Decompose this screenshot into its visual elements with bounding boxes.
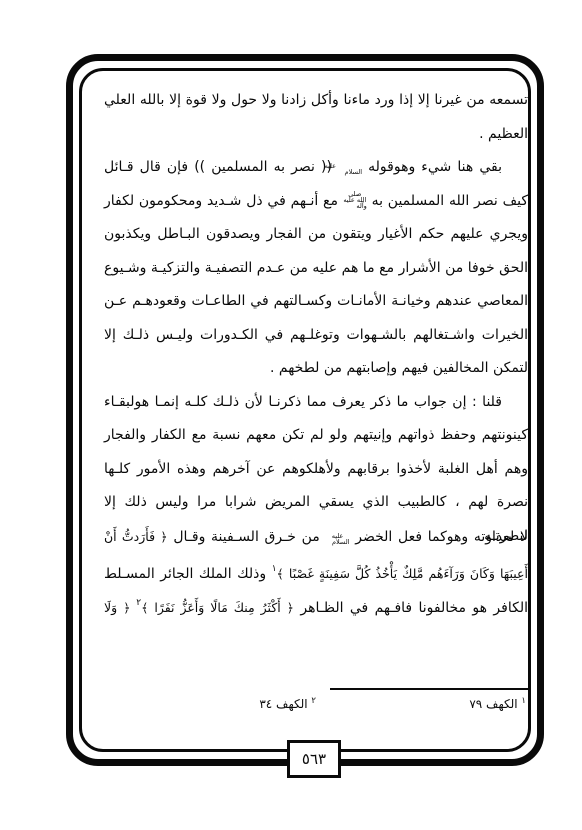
footnotes: ١ الكهف ٧٩ ٢ الكهف ٣٤	[100, 696, 530, 720]
text-line: المعاصي عندهم وخيانـة الأمانـات وكسـالته…	[104, 285, 528, 319]
text-run: كينونتهم وحفظ ذواتهم وإنيتهم ولو لم تكن …	[104, 427, 528, 443]
quran-quote: ﴿ فَأَرَدتُّ أَنْ	[104, 529, 168, 544]
quran-quote: ﴿ أَكْثَرُ مِنكَ مَالًا وَأَعَزُّ نَفَرً…	[141, 600, 294, 615]
text-run: (( نصر به المسلمين )) فإن قال قـائل	[104, 159, 338, 175]
text-line: العظيم .	[104, 118, 528, 152]
text-run: لتمكن المخالفين فيهم وإصابتهم من لطخهم .	[270, 360, 528, 376]
text-line: تسمعه من غيرنا إلا إذا ورد ماءنا وأكل زا…	[104, 84, 528, 118]
text-line: الخيرات واشـتغالهم بالشـهوات وتوغلـهم في…	[104, 319, 528, 353]
quran-quote: ﴿ وَلَا	[104, 600, 136, 615]
text-line: بقي هنا شيء وهوقوله عليه السلام (( نصر ب…	[104, 151, 528, 185]
footnote-text: الكهف ٧٩	[469, 697, 517, 711]
footnote-item: ١ الكهف ٧٩	[469, 696, 526, 711]
text-line: نصرة لهم ، كالطبيب الذي يسقي المريض شراب…	[104, 486, 528, 520]
text-line: كيف نصر الله المسلمين به صلى الله عليه و…	[104, 185, 528, 219]
text-line: قلنا : إن جواب ما ذكر يعرف مما ذكرنـا لأ…	[104, 386, 528, 420]
text-run: المعاصي عندهم وخيانـة الأمانـات وكسـالته…	[104, 293, 528, 309]
text-run: وهم أهل الغلبة لأخذوا برقابهم ولأهلكوهم …	[104, 461, 528, 477]
text-run: كيف نصر الله المسلمين به	[367, 193, 528, 209]
text-line: الكافر هو مخالفونا فافـهم في الظـاهر ﴿ أ…	[104, 587, 528, 621]
text-run: تسمعه من غيرنا إلا إذا ورد ماءنا وأكل زا…	[104, 92, 528, 108]
page-number: ٥٦٣	[302, 750, 326, 768]
footnote-marker: ١	[521, 696, 526, 706]
footnote-item: ٢ الكهف ٣٤	[259, 696, 316, 711]
text-run: قلنا : إن جواب ما ذكر يعرف مما ذكرنـا لأ…	[104, 394, 502, 410]
book-page: تسمعه من غيرنا إلا إذا ورد ماءنا وأكل زا…	[0, 0, 582, 830]
honorific-symbol: عليه السلام	[338, 163, 362, 175]
text-run: العظيم .	[479, 126, 528, 142]
text-line: الحق خوفا من الأشرار مع ما هم عليه من عـ…	[104, 252, 528, 286]
text-run: من خـرق السـفينة وقـال	[168, 529, 326, 545]
footnote-text: الكهف ٣٤	[259, 697, 307, 711]
text-run: وذلك الملك الجائر المسـلط	[104, 566, 272, 582]
text-line: كينونتهم وحفظ ذواتهم وإنيتهم ولو لم تكن …	[104, 419, 528, 453]
text-run: الخيرات واشـتغالهم بالشـهوات وتوغلـهم في…	[104, 327, 528, 343]
text-line: أَعِيبَهَا وَكَانَ وَرَآءَهُم مَّلِكٌ يَ…	[104, 553, 528, 587]
text-line: لا لعداوته وهوكما فعل الخضر عليه السلام …	[104, 520, 528, 554]
text-run: لا لعداوته وهوكما فعل الخضر	[350, 529, 529, 545]
page-number-box: ٥٦٣	[287, 740, 341, 778]
text-line: وهم أهل الغلبة لأخذوا برقابهم ولأهلكوهم …	[104, 453, 528, 487]
page-text-block: تسمعه من غيرنا إلا إذا ورد ماءنا وأكل زا…	[104, 84, 528, 620]
honorific-symbol: صلى الله عليه وآله	[343, 191, 367, 209]
quran-quote: أَعِيبَهَا وَكَانَ وَرَآءَهُم مَّلِكٌ يَ…	[277, 566, 528, 581]
text-run: ويجري عليهم حكم الأغيار ويتقون من الفجار…	[104, 226, 528, 242]
text-run: الحق خوفا من الأشرار مع ما هم عليه من عـ…	[104, 260, 528, 276]
text-run: الكافر هو مخالفونا فافـهم في الظـاهر	[294, 600, 528, 616]
honorific-symbol: عليه السلام	[326, 533, 350, 545]
text-run: بقي هنا شيء وهوقوله	[362, 159, 502, 175]
text-line: لتمكن المخالفين فيهم وإصابتهم من لطخهم .	[104, 352, 528, 386]
text-run: مع أنـهم في ذل شـديد ومحكومون لكفار	[104, 193, 343, 209]
footnote-separator	[330, 688, 530, 690]
text-line: ويجري عليهم حكم الأغيار ويتقون من الفجار…	[104, 218, 528, 252]
footnote-marker: ٢	[311, 696, 316, 706]
